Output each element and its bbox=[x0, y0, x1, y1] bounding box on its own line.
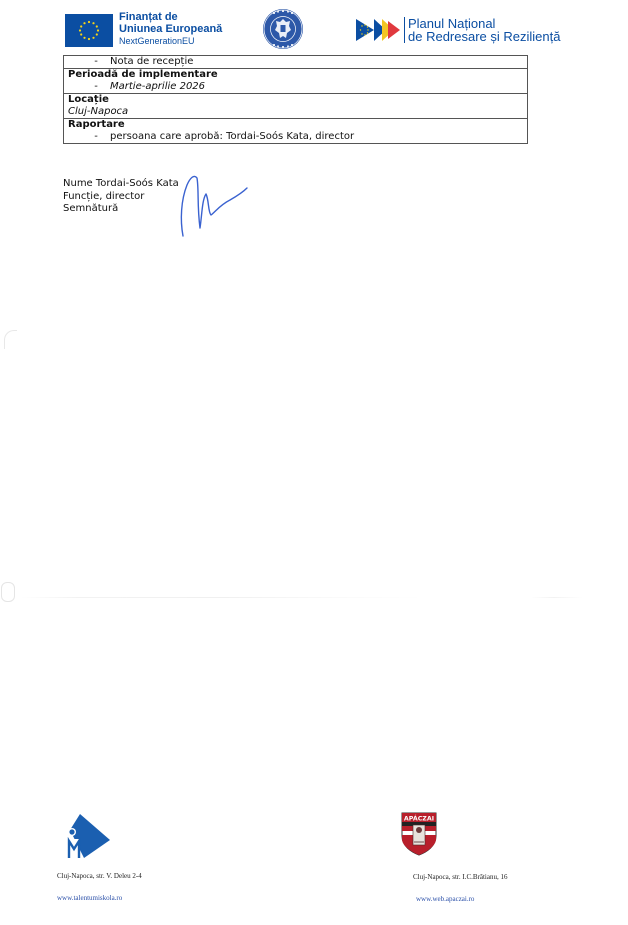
eu-label-line2: Uniunea Europeană bbox=[119, 23, 222, 35]
handwritten-signature-icon bbox=[175, 170, 250, 240]
location-value: Cluj-Napoca bbox=[64, 106, 528, 119]
section-heading-reporting: Raportare bbox=[64, 119, 528, 132]
bullet-marker: - bbox=[68, 56, 110, 68]
pnrr-label-line2: de Redresare și Reziliență bbox=[408, 30, 560, 43]
apaczai-liceum-crest-icon: APÁCZAI bbox=[401, 812, 437, 856]
bullet-marker: - bbox=[68, 81, 110, 93]
table-row: Cluj-Napoca bbox=[64, 106, 528, 119]
signer-function: Funcție, director bbox=[63, 191, 179, 204]
table-row: -persoana care aprobă: Tordai-Soós Kata,… bbox=[64, 131, 528, 144]
table-row: Locație bbox=[64, 94, 528, 107]
scan-artifact bbox=[4, 330, 17, 349]
eu-flag-icon bbox=[65, 14, 113, 47]
scan-fold-line bbox=[20, 597, 600, 598]
punch-hole-artifact bbox=[1, 582, 15, 602]
eu-label-line1: Finanțat de bbox=[119, 11, 222, 23]
pnrr-divider bbox=[404, 17, 405, 43]
signature-block: Nume Tordai-Soós Kata Funcție, director … bbox=[63, 178, 179, 216]
section-heading-location: Locație bbox=[64, 94, 528, 107]
guvernul-romaniei-seal-icon bbox=[262, 8, 304, 50]
table-row: -Martie-aprilie 2026 bbox=[64, 81, 528, 94]
row-text: Nota de recepție bbox=[110, 56, 193, 67]
left-footer-address: Cluj-Napoca, str. V. Deleu 2-4 bbox=[57, 872, 142, 880]
svg-text:APÁCZAI: APÁCZAI bbox=[404, 813, 434, 822]
table-row: Raportare bbox=[64, 119, 528, 132]
right-footer-url[interactable]: www.web.apaczai.ro bbox=[416, 895, 474, 903]
section-heading-implementation-period: Perioadă de implementare bbox=[64, 69, 528, 82]
pnrr-arrows-icon bbox=[356, 17, 402, 43]
implementation-period-value: Martie-aprilie 2026 bbox=[110, 81, 205, 92]
reporting-value: persoana care aprobă: Tordai-Soós Kata, … bbox=[110, 131, 354, 142]
right-footer-address: Cluj-Napoca, str. I.C.Brătianu, 16 bbox=[413, 873, 507, 881]
bullet-marker: - bbox=[68, 131, 110, 143]
eu-funding-label: Finanțat de Uniunea Europeană NextGenera… bbox=[119, 11, 222, 47]
table-row: Perioadă de implementare bbox=[64, 69, 528, 82]
talentum-iskola-logo-icon bbox=[62, 814, 110, 858]
implementation-details-table: -Nota de recepție Perioadă de implementa… bbox=[63, 55, 528, 144]
signature-label: Semnătură bbox=[63, 203, 179, 216]
table-row: -Nota de recepție bbox=[64, 56, 528, 69]
pnrr-label: Planul Național de Redresare și Rezilien… bbox=[408, 17, 560, 43]
eu-label-line3: NextGenerationEU bbox=[119, 35, 222, 47]
signer-name: Nume Tordai-Soós Kata bbox=[63, 178, 179, 191]
left-footer-url[interactable]: www.talentumiskola.ro bbox=[57, 894, 122, 902]
